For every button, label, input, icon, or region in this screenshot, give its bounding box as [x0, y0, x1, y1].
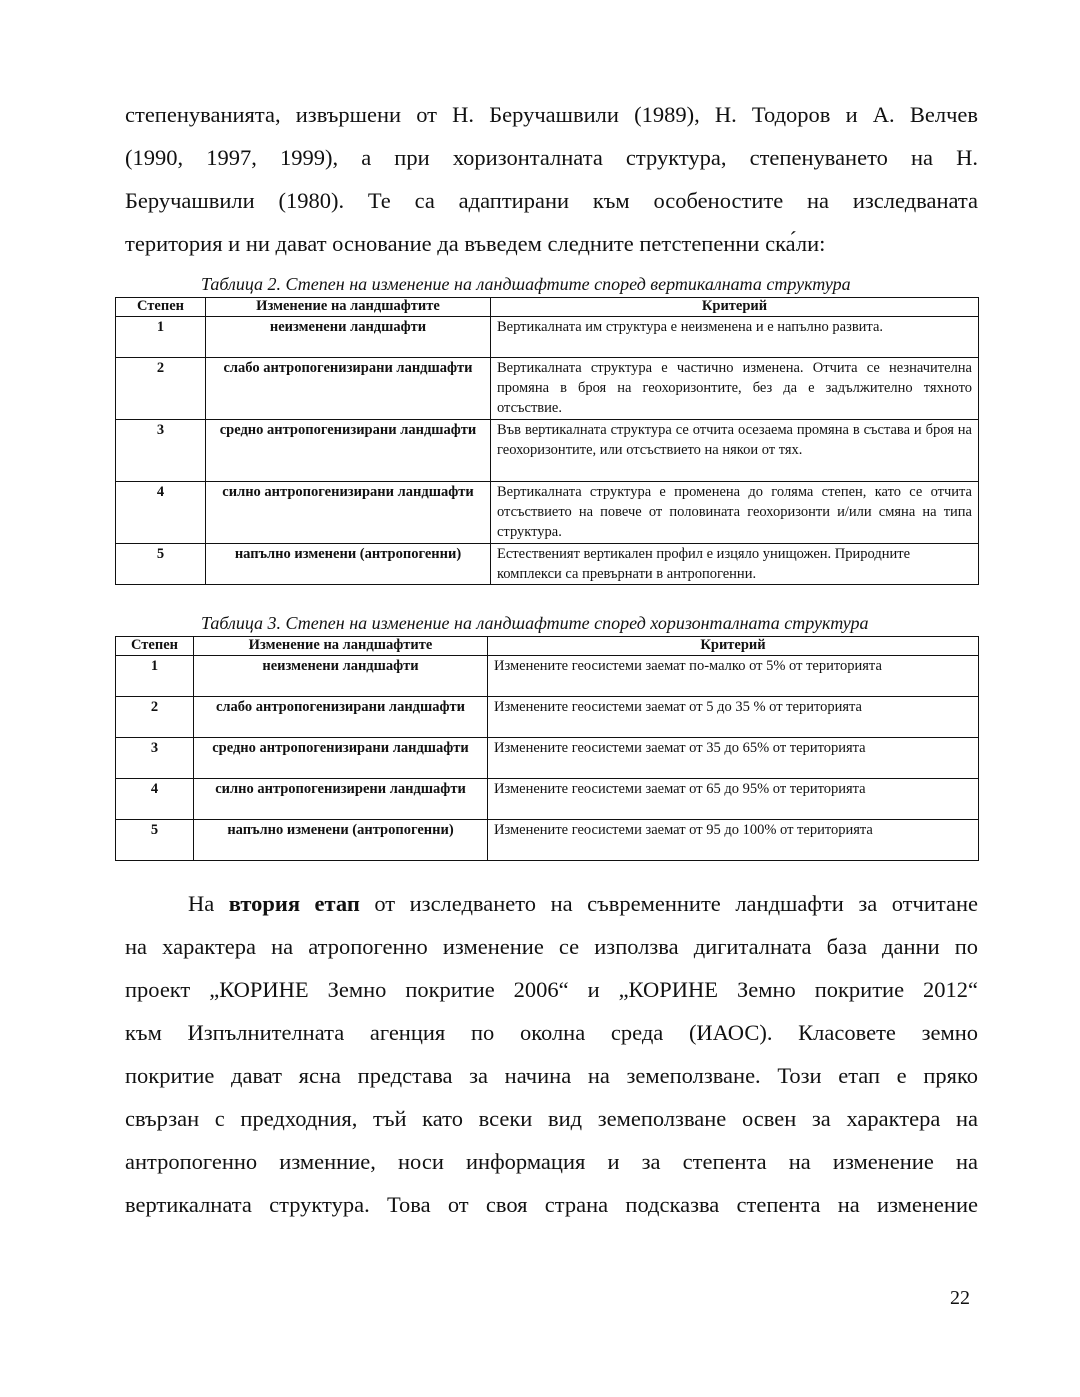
- table2-caption: Таблица 2. Степен на изменение на ландша…: [201, 274, 851, 294]
- change-cell: неизменени ландшафти: [194, 656, 488, 697]
- table-header-row: Степен Изменение на ландшафтите Критерий: [116, 298, 979, 317]
- degree-cell: 3: [116, 738, 194, 779]
- text-line: покритие дават ясна представа за начина …: [125, 1054, 978, 1097]
- text-line: степенуванията, извършени от Н. Беручашв…: [125, 93, 978, 136]
- column-header-change: Изменение на ландшафтите: [194, 637, 488, 656]
- degree-cell: 4: [116, 482, 206, 544]
- change-cell: силно антропогенизирени ландшафти: [194, 779, 488, 820]
- second-paragraph: На втория етап от изследването на съврем…: [125, 882, 978, 1226]
- table-row: 4 силно антропогенизирени ландшафти Изме…: [116, 779, 979, 820]
- criterion-cell: Изменените геосистеми заемат от 95 до 10…: [488, 820, 979, 861]
- emphasis-text: втория етап: [229, 891, 360, 916]
- table3-caption: Таблица 3. Степен на изменение на ландша…: [201, 613, 869, 633]
- table-row: 4 силно антропогенизирани ландшафти Верт…: [116, 482, 979, 544]
- table3: Степен Изменение на ландшафтите Критерий…: [115, 636, 979, 861]
- change-cell: напълно изменени (антропогенни): [206, 544, 491, 585]
- table-row: 2 слабо антропогенизирани ландшафти Изме…: [116, 697, 979, 738]
- column-header-degree: Степен: [116, 637, 194, 656]
- change-cell: силно антропогенизирани ландшафти: [206, 482, 491, 544]
- change-cell: напълно изменени (антропогенни): [194, 820, 488, 861]
- criterion-cell: Във вертикалната структура се отчита осе…: [491, 420, 979, 482]
- change-cell: слабо антропогенизирани ландшафти: [194, 697, 488, 738]
- text-line: вертикалната структура. Това от своя стр…: [125, 1183, 978, 1226]
- change-cell: неизменени ландшафти: [206, 317, 491, 358]
- table-row: 1 неизменени ландшафти Изменените геосис…: [116, 656, 979, 697]
- degree-cell: 1: [116, 317, 206, 358]
- column-header-criterion: Критерий: [488, 637, 979, 656]
- table-row: 5 напълно изменени (антропогенни) Измене…: [116, 820, 979, 861]
- intro-paragraph: степенуванията, извършени от Н. Беручашв…: [125, 93, 978, 265]
- degree-cell: 3: [116, 420, 206, 482]
- table2: Степен Изменение на ландшафтите Критерий…: [115, 297, 979, 585]
- text-line: Беручашвили (1980). Те са адаптирани към…: [125, 179, 978, 222]
- criterion-cell: Вертикалната им структура е неизменена и…: [491, 317, 979, 358]
- criterion-cell: Изменените геосистеми заемат от 35 до 65…: [488, 738, 979, 779]
- table-row: 5 напълно изменени (антропогенни) Естест…: [116, 544, 979, 585]
- column-header-criterion: Критерий: [491, 298, 979, 317]
- criterion-cell: Вертикалната структура е променена до го…: [491, 482, 979, 544]
- table-row: 1 неизменени ландшафти Вертикалната им с…: [116, 317, 979, 358]
- criterion-cell: Естественият вертикален профил е изцяло …: [491, 544, 979, 585]
- text-rest: от изследването на съвременните ландшафт…: [360, 891, 978, 916]
- degree-cell: 4: [116, 779, 194, 820]
- table-row: 3 средно антропогенизирани ландшафти Във…: [116, 420, 979, 482]
- change-cell: слабо антропогенизирани ландшафти: [206, 358, 491, 420]
- degree-cell: 5: [116, 820, 194, 861]
- text-line: (1990, 1997, 1999), а при хоризонталната…: [125, 136, 978, 179]
- text-line: проект „КОРИНЕ Земно покритие 2006“ и „К…: [125, 968, 978, 1011]
- text-prefix: На: [188, 891, 229, 916]
- column-header-degree: Степен: [116, 298, 206, 317]
- text-line: територия и ни дават основание да въведе…: [125, 222, 978, 265]
- table-header-row: Степен Изменение на ландшафтите Критерий: [116, 637, 979, 656]
- table-row: 3 средно антропогенизирани ландшафти Изм…: [116, 738, 979, 779]
- criterion-cell: Изменените геосистеми заемат от 65 до 95…: [488, 779, 979, 820]
- criterion-cell: Изменените геосистеми заемат по-малко от…: [488, 656, 979, 697]
- table-row: 2 слабо антропогенизирани ландшафти Верт…: [116, 358, 979, 420]
- text-line: антропогенно изменние, носи информация и…: [125, 1140, 978, 1183]
- text-line: към Изпълнителната агенция по околна сре…: [125, 1011, 978, 1054]
- text-line: на характера на атропогенно изменение се…: [125, 925, 978, 968]
- degree-cell: 5: [116, 544, 206, 585]
- column-header-change: Изменение на ландшафтите: [206, 298, 491, 317]
- degree-cell: 2: [116, 697, 194, 738]
- text-line: свързан с предходния, тъй като всеки вид…: [125, 1097, 978, 1140]
- page-number: 22: [950, 1287, 970, 1310]
- criterion-cell: Вертикалната структура е частично измене…: [491, 358, 979, 420]
- degree-cell: 1: [116, 656, 194, 697]
- degree-cell: 2: [116, 358, 206, 420]
- text-line: На втория етап от изследването на съврем…: [125, 882, 978, 925]
- criterion-cell: Изменените геосистеми заемат от 5 до 35 …: [488, 697, 979, 738]
- change-cell: средно антропогенизирани ландшафти: [206, 420, 491, 482]
- change-cell: средно антропогенизирани ландшафти: [194, 738, 488, 779]
